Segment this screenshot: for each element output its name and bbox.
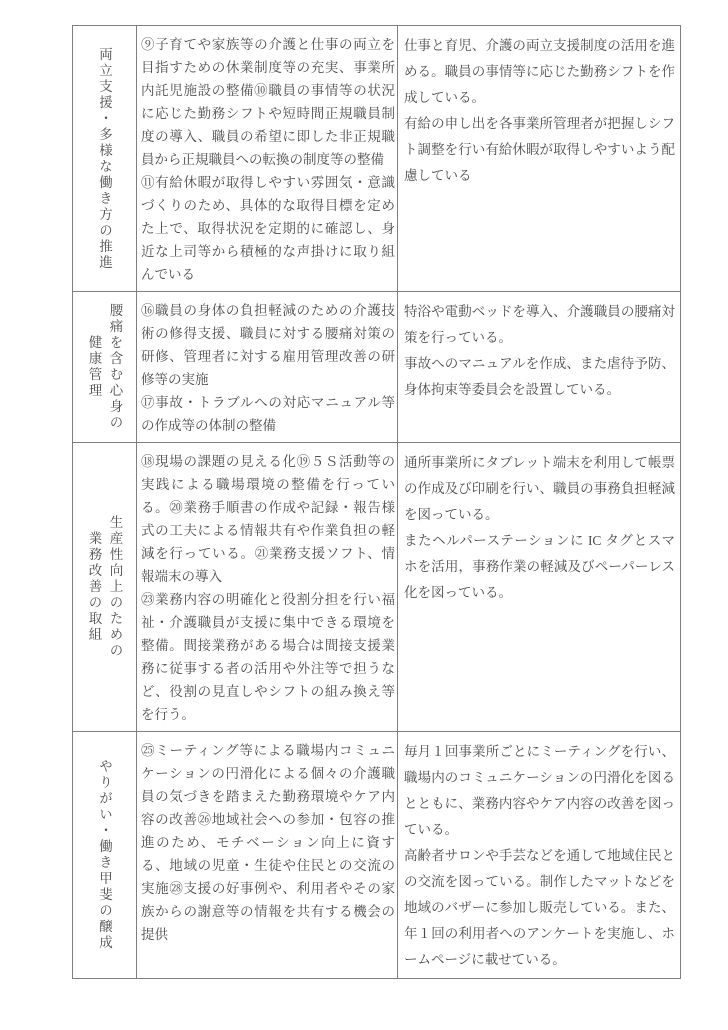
measures-text: ⑱現場の課題の見える化⑲５Ｓ活動等の実践による職場環境の整備を行っている。⑳業務… — [137, 443, 398, 731]
document-page: 両立支援・多様な働き方の推進 ⑨子育てや家族等の介護と仕事の両立を目指すための休… — [0, 0, 728, 1030]
category-header-cell: 腰痛を含む心身の 健康管理 — [73, 292, 137, 442]
practice-text: 通所事業所にタブレット端末を利用して帳票の作成及び印刷を行い、職員の事務負担軽減… — [398, 443, 680, 731]
practice-text: 毎月１回事業所ごとにミーティングを行い、職場内のコミュニケーションの円滑化を図る… — [398, 732, 680, 978]
category-label: 両立支援・多様な働き方の推進 — [94, 47, 115, 271]
table-row-job-satisfaction: やりがい・働き甲斐の醸成 ㉕ミーティング等による職場内コミュニケーションの円滑化… — [73, 732, 680, 978]
practice-text: 仕事と育児、介護の両立支援制度の活用を進める。職員の事情等に応じた勤務シフトを作… — [398, 26, 680, 291]
table-row-health-management: 腰痛を含む心身の 健康管理 ⑯職員の身体の負担軽減のための介護技術の修得支援、職… — [73, 292, 680, 443]
category-label: 腰痛を含む心身の 健康管理 — [84, 303, 126, 431]
measures-text: ⑯職員の身体の負担軽減のための介護技術の修得支援、職員に対する腰痛対策の研修、管… — [137, 292, 398, 442]
category-header-cell: やりがい・働き甲斐の醸成 — [73, 732, 137, 978]
category-label: やりがい・働き甲斐の醸成 — [94, 759, 115, 951]
category-header-cell: 生産性向上のための 業務改善の取組 — [73, 443, 137, 731]
table-row-productivity-improvement: 生産性向上のための 業務改善の取組 ⑱現場の課題の見える化⑲５Ｓ活動等の実践によ… — [73, 443, 680, 732]
practice-text: 特浴や電動ベッドを導入、介護職員の腰痛対策を行っている。 事故へのマニュアルを作… — [398, 292, 680, 442]
table-row-work-life-balance: 両立支援・多様な働き方の推進 ⑨子育てや家族等の介護と仕事の両立を目指すための休… — [73, 26, 680, 292]
measures-table: 両立支援・多様な働き方の推進 ⑨子育てや家族等の介護と仕事の両立を目指すための休… — [72, 25, 681, 979]
measures-text: ⑨子育てや家族等の介護と仕事の両立を目指すための休業制度等の充実、事業所内託児施… — [137, 26, 398, 291]
measures-text: ㉕ミーティング等による職場内コミュニケーションの円滑化による個々の介護職員の気づ… — [137, 732, 398, 978]
category-header-cell: 両立支援・多様な働き方の推進 — [73, 26, 137, 291]
category-label: 生産性向上のための 業務改善の取組 — [84, 515, 126, 659]
